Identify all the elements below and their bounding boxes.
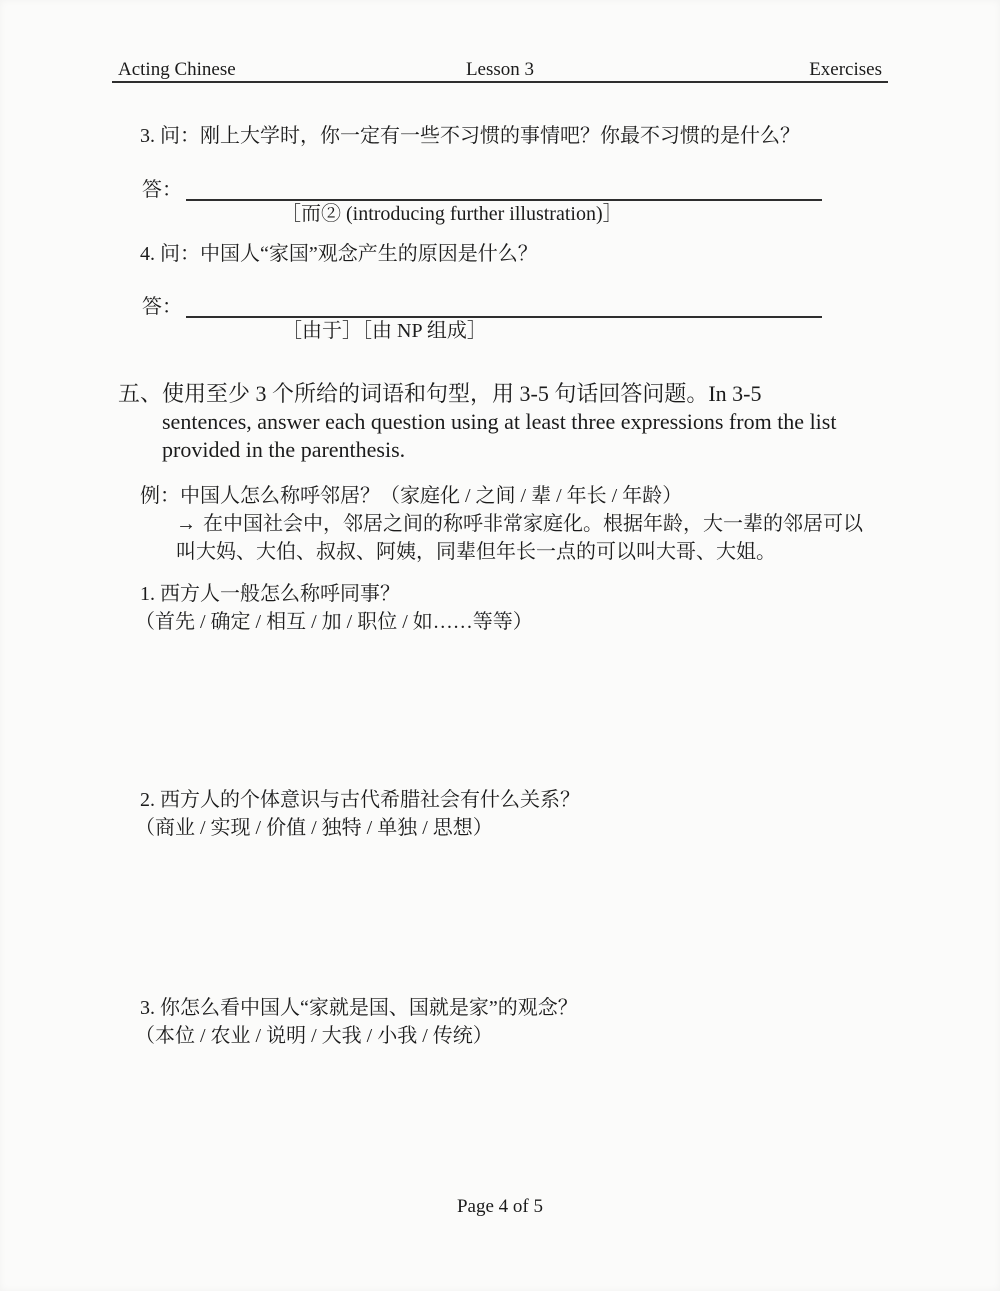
- section5-heading: 五、使用至少 3 个所给的词语和句型，用 3-5 句话回答问题。In 3-5 s…: [118, 380, 888, 464]
- example-answer-line-1: → 在中国社会中，邻居之间的称呼非常家庭化。根据年龄，大一辈的邻居可以: [140, 510, 900, 538]
- section5-example: 例：中国人怎么称呼邻居？（家庭化 / 之间 / 辈 / 年长 / 年龄） → 在…: [140, 482, 900, 566]
- example-answer-text: 在中国社会中，邻居之间的称呼非常家庭化。根据年龄，大一辈的邻居可以: [203, 513, 863, 535]
- question-text: 3. 你怎么看中国人“家就是国、国就是家”的观念？: [140, 994, 578, 1022]
- section5-question-2: 2. 西方人的个体意识与古代希腊社会有什么关系？ （商业 / 实现 / 价值 /…: [140, 786, 580, 842]
- answer-label: 答：: [142, 296, 182, 318]
- question-text: 2. 西方人的个体意识与古代希腊社会有什么关系？: [140, 786, 580, 814]
- expression-list: （商业 / 实现 / 价值 / 独特 / 单独 / 思想）: [135, 814, 580, 842]
- section5-question-3: 3. 你怎么看中国人“家就是国、国就是家”的观念？ （本位 / 农业 / 说明 …: [140, 994, 578, 1050]
- section5-question-1: 1. 西方人一般怎么称呼同事？ （首先 / 确定 / 相互 / 加 / 职位 /…: [140, 580, 533, 636]
- header-divider: [112, 81, 888, 83]
- expression-list: （本位 / 农业 / 说明 / 大我 / 小我 / 传统）: [135, 1022, 578, 1050]
- section5-heading-line-1: 五、使用至少 3 个所给的词语和句型，用 3-5 句话回答问题。In 3-5: [118, 380, 888, 408]
- section5-heading-line-3: provided in the parenthesis.: [118, 436, 888, 464]
- page-number: Page 4 of 5: [0, 1196, 1000, 1218]
- expression-list: （首先 / 确定 / 相互 / 加 / 职位 / 如……等等）: [135, 608, 533, 636]
- question-text: 1. 西方人一般怎么称呼同事？: [140, 580, 533, 608]
- example-answer-line-2: 叫大妈、大伯、叔叔、阿姨，同辈但年长一点的可以叫大哥、大姐。: [140, 538, 900, 566]
- answer-label: 答：: [142, 179, 182, 201]
- qa-question-3: 3. 问：刚上大学时，你一定有一些不习惯的事情吧？你最不习惯的是什么？: [140, 119, 800, 148]
- qa-hint-4: ［由于］［由 NP 组成］: [282, 314, 487, 343]
- qa-question-4: 4. 问：中国人“家国”观念产生的原因是什么？: [140, 237, 538, 266]
- section5-heading-line-2: sentences, answer each question using at…: [118, 408, 888, 436]
- example-prompt: 例：中国人怎么称呼邻居？（家庭化 / 之间 / 辈 / 年长 / 年龄）: [140, 482, 900, 510]
- qa-hint-3: ［而② (introducing further illustration)］: [281, 197, 623, 226]
- worksheet-page: Acting Chinese Lesson 3 Exercises 3. 问：刚…: [0, 0, 1000, 1291]
- header-section-label: Exercises: [809, 59, 882, 81]
- arrow-right-icon: →: [176, 513, 198, 535]
